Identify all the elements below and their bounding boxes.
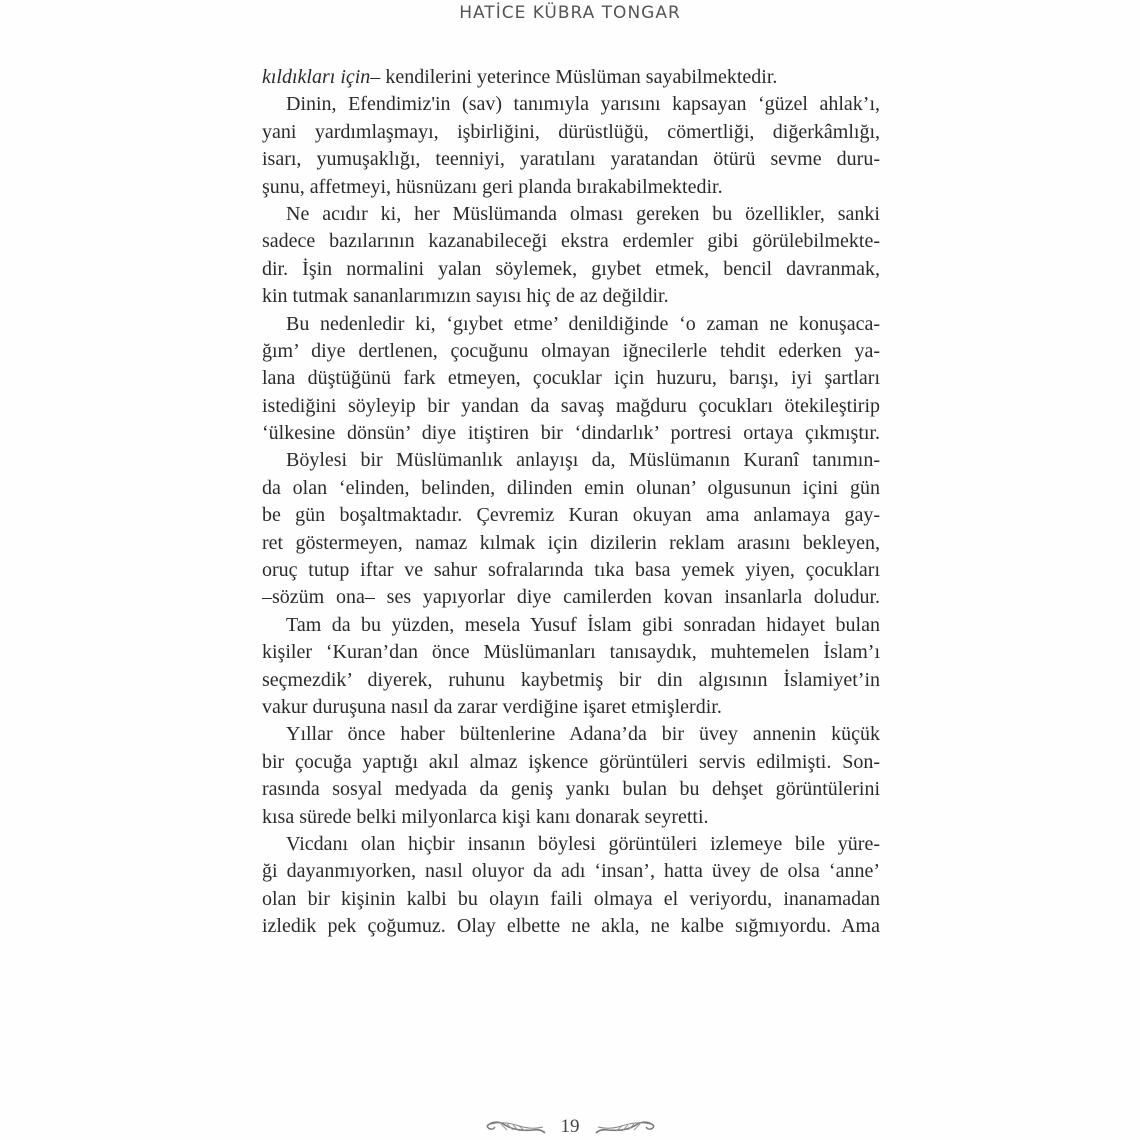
text-line: vakur duruşuna nasıl da zarar verdiğine … bbox=[262, 694, 880, 721]
line-text: be gün boşaltmaktadır. Çevremiz Kuran ok… bbox=[262, 504, 880, 526]
scroll-flourish-right-icon bbox=[594, 1118, 658, 1136]
line-text: da olan ‘elinden, belinden, dilinden emi… bbox=[262, 477, 880, 499]
book-page: HATİCE KÜBRA TONGAR kıldıkları için– ken… bbox=[0, 0, 1140, 1140]
line-text: Ne acıdır ki, her Müslümanda olması gere… bbox=[286, 203, 880, 225]
text-line: –sözüm ona– ses yapıyorlar diye camilerd… bbox=[262, 584, 880, 611]
line-text: Vicdanı olan hiçbir insanın böylesi görü… bbox=[286, 833, 880, 855]
text-line: Tam da bu yüzden, mesela Yusuf İslam gib… bbox=[262, 612, 880, 639]
text-line: yani yardımlaşmayı, işbirliğini, dürüstl… bbox=[262, 119, 880, 146]
text-line: olan bir kişinin kalbi bu olayın faili o… bbox=[262, 886, 880, 913]
line-text: yani yardımlaşmayı, işbirliğini, dürüstl… bbox=[262, 121, 880, 143]
line-text: oruç tutup iftar ve sahur sofralarında t… bbox=[262, 559, 880, 581]
line-text: kısa sürede belki milyonlarca kişi kanı … bbox=[262, 806, 709, 828]
line-text: istediğini söyleyip bir yandan da savaş … bbox=[262, 395, 880, 417]
text-line: kıldıkları için– kendilerini yeterince M… bbox=[262, 64, 880, 91]
text-line: dir. İşin normalini yalan söylemek, gıyb… bbox=[262, 256, 880, 283]
running-head: HATİCE KÜBRA TONGAR bbox=[0, 3, 1140, 23]
text-line: istediğini söyleyip bir yandan da savaş … bbox=[262, 393, 880, 420]
text-line: rasında sosyal medyada da geniş yankı bu… bbox=[262, 776, 880, 803]
line-text: seçmezdik’ diyerek, ruhunu kaybetmiş bir… bbox=[262, 669, 880, 691]
line-text: kendilerini yeterince Müslüman sayabilme… bbox=[380, 66, 777, 88]
text-line: be gün boşaltmaktadır. Çevremiz Kuran ok… bbox=[262, 502, 880, 529]
line-text: ‘ülkesine dönsün’ diye itiştiren bir ‘di… bbox=[262, 422, 880, 444]
line-text: ği dayanmıyorken, nasıl oluyor da adı ‘i… bbox=[262, 860, 880, 882]
line-text: kin tutmak sananlarımızın sayısı hiç de … bbox=[262, 285, 669, 307]
line-text: kişiler ‘Kuran’dan önce Müslümanları tan… bbox=[262, 641, 880, 663]
line-text: rasında sosyal medyada da geniş yankı bu… bbox=[262, 778, 880, 800]
line-text: ret göstermeyen, namaz kılmak için dizil… bbox=[262, 532, 880, 554]
line-text: Böylesi bir Müslümanlık anlayışı da, Müs… bbox=[286, 449, 880, 471]
text-line: da olan ‘elinden, belinden, dilinden emi… bbox=[262, 475, 880, 502]
line-text: Dinin, Efendimiz'in (sav) tanımıyla yarı… bbox=[286, 93, 880, 115]
line-text: –sözüm ona– ses yapıyorlar diye camilerd… bbox=[262, 586, 880, 608]
text-line: izledik pek çoğumuz. Olay elbette ne akl… bbox=[262, 913, 880, 940]
text-line: kin tutmak sananlarımızın sayısı hiç de … bbox=[262, 283, 880, 310]
body-text: kıldıkları için– kendilerini yeterince M… bbox=[262, 64, 880, 941]
text-line: Yıllar önce haber bültenlerine Adana’da … bbox=[262, 721, 880, 748]
text-line: isarı, yumuşaklığı, teenniyi, yaratılanı… bbox=[262, 146, 880, 173]
italic-phrase: kıldıkları için– bbox=[262, 66, 380, 88]
line-text: bir çocuğa yaptığı akıl almaz işkence gö… bbox=[262, 751, 880, 773]
text-line: oruç tutup iftar ve sahur sofralarında t… bbox=[262, 557, 880, 584]
text-line: ğım’ diye dertlenen, çocuğunu olmayan iğ… bbox=[262, 338, 880, 365]
text-line: ği dayanmıyorken, nasıl oluyor da adı ‘i… bbox=[262, 858, 880, 885]
text-line: kişiler ‘Kuran’dan önce Müslümanları tan… bbox=[262, 639, 880, 666]
text-line: Böylesi bir Müslümanlık anlayışı da, Müs… bbox=[262, 447, 880, 474]
text-line: lana düştüğünü fark etmeyen, çocuklar iç… bbox=[262, 365, 880, 392]
text-line: şunu, affetmeyi, hüsnüzanı geri planda b… bbox=[262, 174, 880, 201]
text-line: bir çocuğa yaptığı akıl almaz işkence gö… bbox=[262, 749, 880, 776]
scroll-flourish-left-icon bbox=[483, 1118, 547, 1136]
text-line: Dinin, Efendimiz'in (sav) tanımıyla yarı… bbox=[262, 91, 880, 118]
text-line: ‘ülkesine dönsün’ diye itiştiren bir ‘di… bbox=[262, 420, 880, 447]
page-number: 19 bbox=[561, 1116, 580, 1138]
text-line: ret göstermeyen, namaz kılmak için dizil… bbox=[262, 530, 880, 557]
text-line: sadece bazılarının kazanabileceği ekstra… bbox=[262, 228, 880, 255]
line-text: dir. İşin normalini yalan söylemek, gıyb… bbox=[262, 258, 880, 280]
line-text: sadece bazılarının kazanabileceği ekstra… bbox=[262, 230, 880, 252]
text-line: Ne acıdır ki, her Müslümanda olması gere… bbox=[262, 201, 880, 228]
text-line: kısa sürede belki milyonlarca kişi kanı … bbox=[262, 804, 880, 831]
line-text: izledik pek çoğumuz. Olay elbette ne akl… bbox=[262, 915, 880, 937]
text-line: seçmezdik’ diyerek, ruhunu kaybetmiş bir… bbox=[262, 667, 880, 694]
line-text: isarı, yumuşaklığı, teenniyi, yaratılanı… bbox=[262, 148, 880, 170]
line-text: olan bir kişinin kalbi bu olayın faili o… bbox=[262, 888, 880, 910]
line-text: Tam da bu yüzden, mesela Yusuf İslam gib… bbox=[286, 614, 880, 636]
line-text: Bu nedenledir ki, ‘gıybet etme’ denildiğ… bbox=[286, 313, 880, 335]
text-line: Bu nedenledir ki, ‘gıybet etme’ denildiğ… bbox=[262, 311, 880, 338]
line-text: ğım’ diye dertlenen, çocuğunu olmayan iğ… bbox=[262, 340, 880, 362]
line-text: lana düştüğünü fark etmeyen, çocuklar iç… bbox=[262, 367, 880, 389]
page-footer: 19 bbox=[0, 1116, 1140, 1138]
line-text: Yıllar önce haber bültenlerine Adana’da … bbox=[286, 723, 880, 745]
line-text: vakur duruşuna nasıl da zarar verdiğine … bbox=[262, 696, 722, 718]
text-line: Vicdanı olan hiçbir insanın böylesi görü… bbox=[262, 831, 880, 858]
line-text: şunu, affetmeyi, hüsnüzanı geri planda b… bbox=[262, 176, 723, 198]
